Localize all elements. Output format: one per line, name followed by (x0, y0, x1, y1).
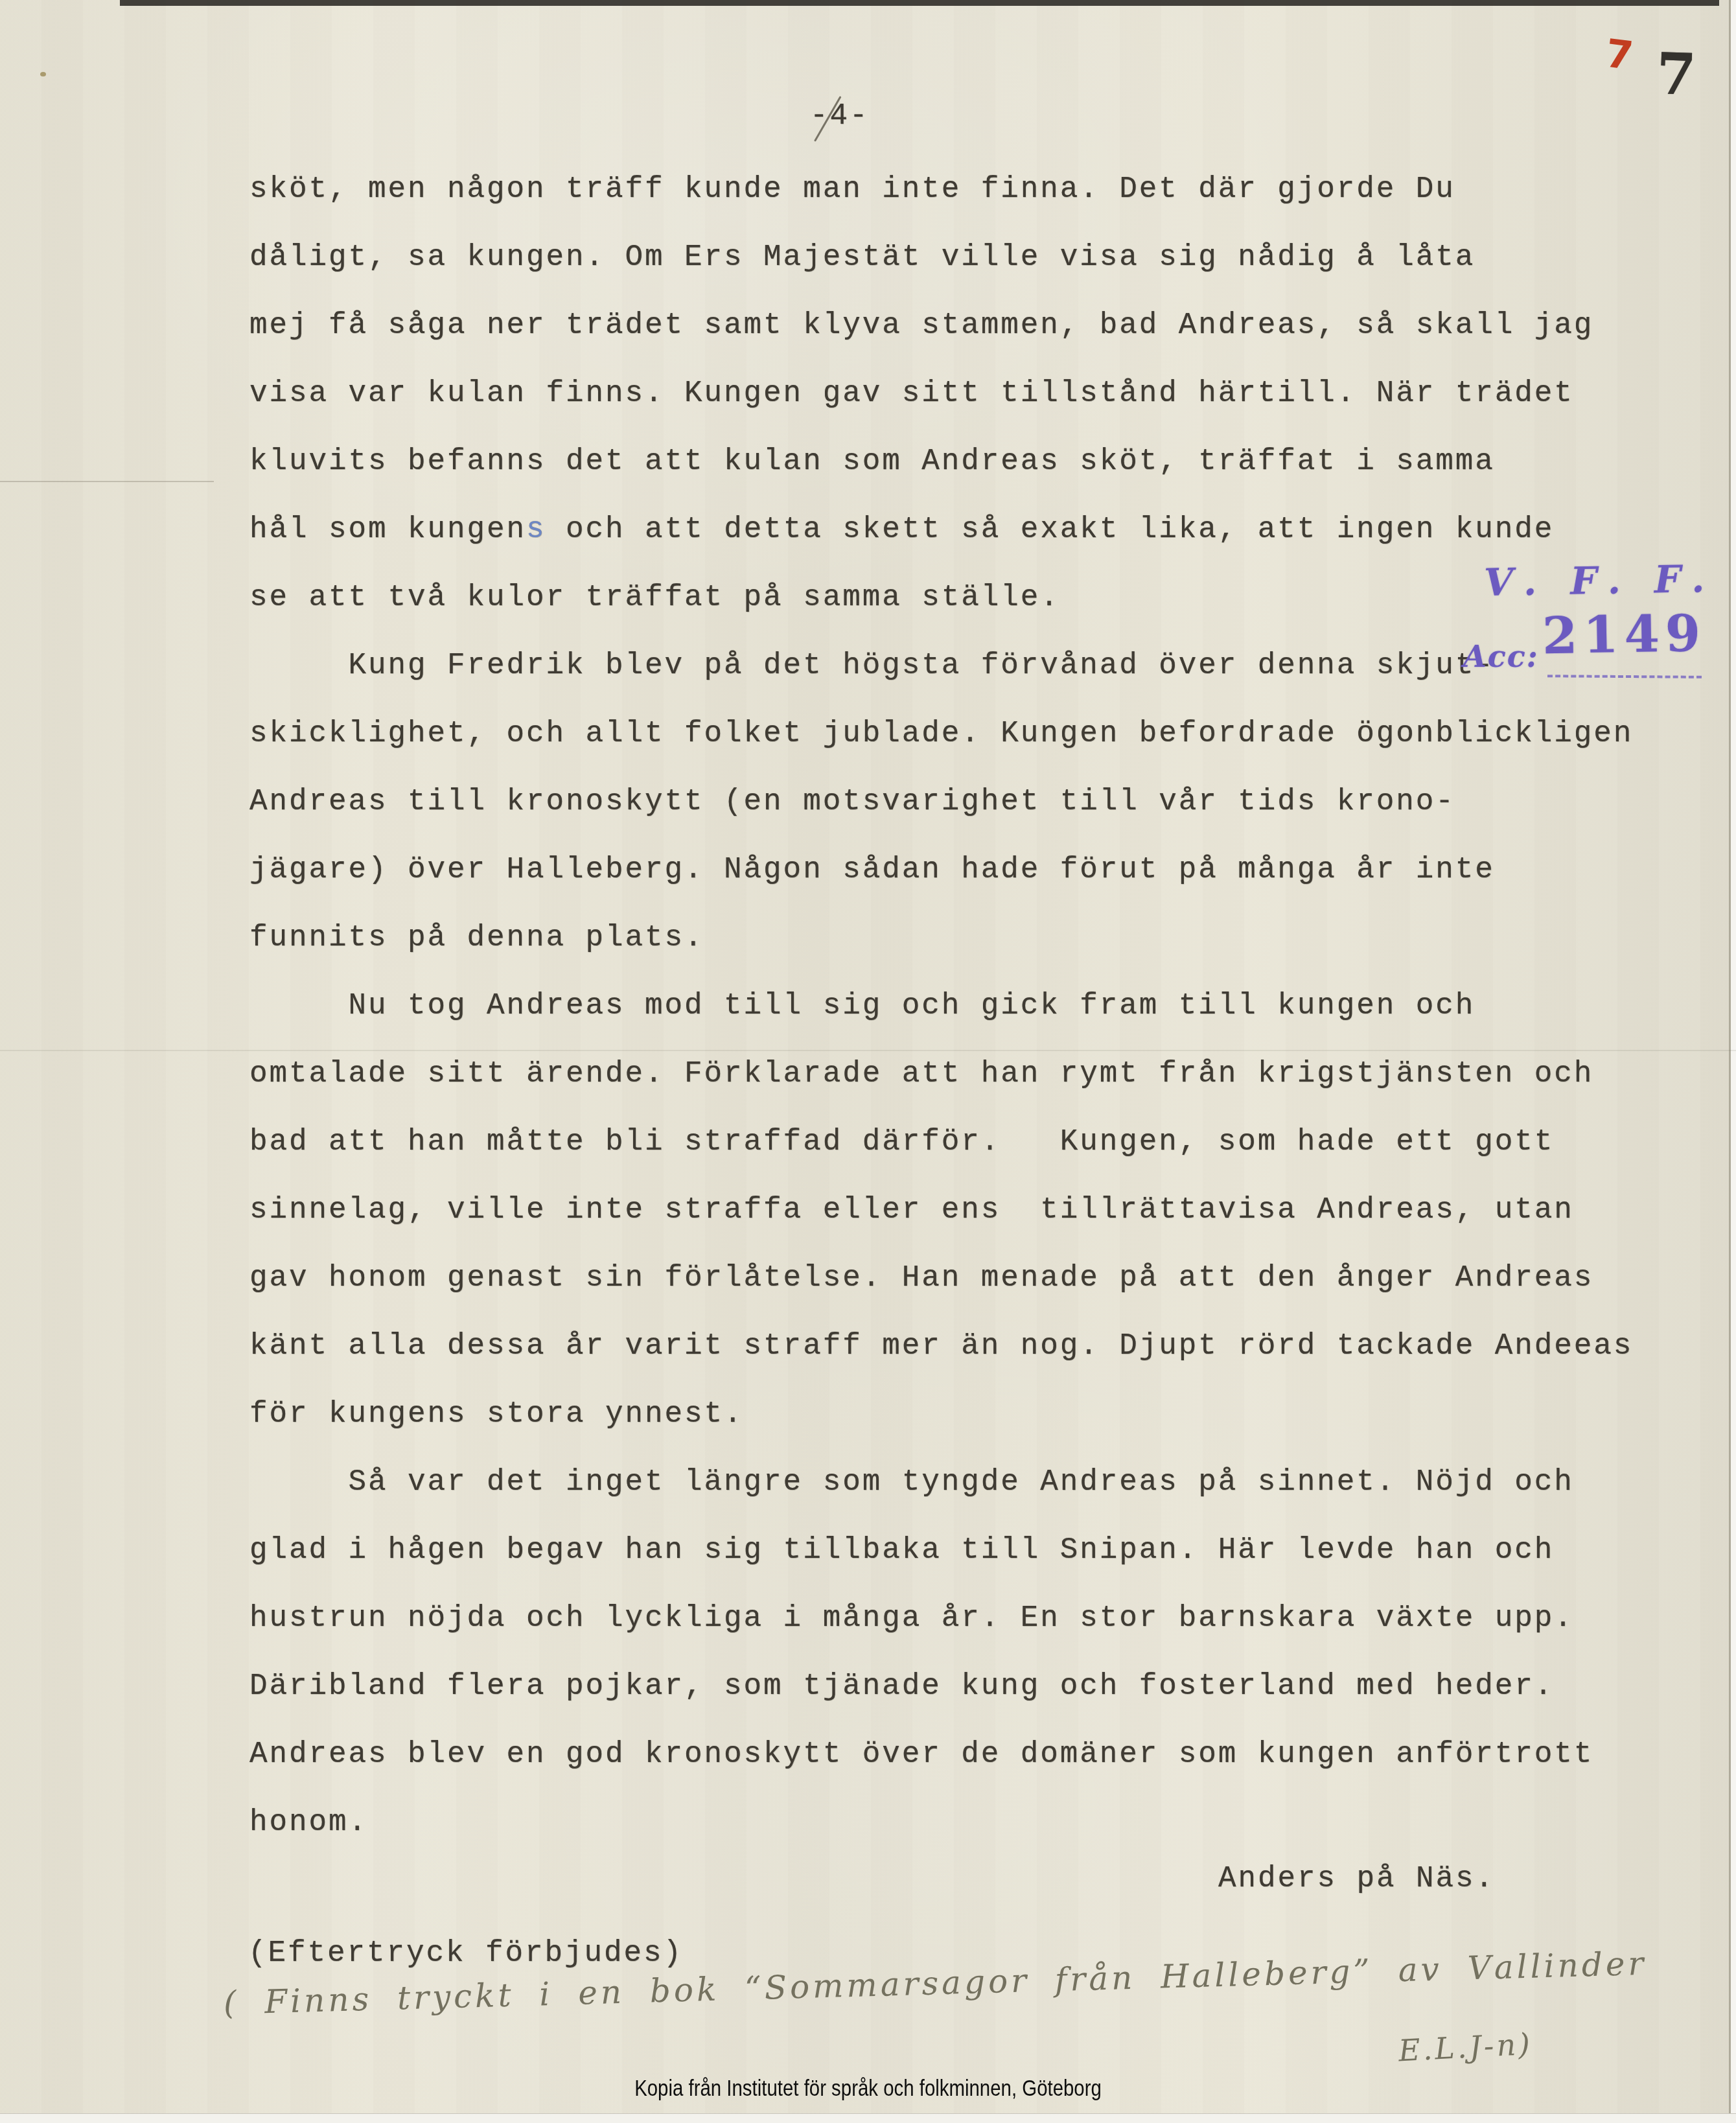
typed-line: Däribland flera pojkar, som tjänade kung… (249, 1653, 1633, 1721)
typed-segment: hål som kungen (249, 513, 526, 546)
typed-line: kluvits befanns det att kulan som Andrea… (249, 428, 1633, 496)
inserted-letter: s (526, 513, 546, 546)
typed-line: hål som kungens och att detta skett så e… (249, 496, 1633, 564)
typed-line: jägare) över Halleberg. Någon sådan hade… (249, 836, 1633, 904)
handwritten-page-number-black: 7 (1655, 40, 1697, 108)
typed-line: Nu tog Andreas mod till sig och gick fra… (249, 972, 1633, 1040)
archive-credit-footer: Kopia från Institutet för språk och folk… (139, 2076, 1597, 2102)
typed-line: sinnelag, ville inte straffa eller ens t… (249, 1176, 1633, 1244)
archive-stamp-vff: V. F. F. (1483, 557, 1715, 605)
handwritten-initials: E.L.J-n) (1398, 2026, 1533, 2069)
typed-line: Kung Fredrik blev på det högsta förvånad… (249, 632, 1633, 700)
typed-line: gav honom genast sin förlåtelse. Han men… (249, 1244, 1633, 1312)
handwritten-page-number-red: 7 (1603, 31, 1636, 80)
scan-right-edge (1731, 0, 1736, 2123)
typed-line: hustrun nöjda och lyckliga i många år. E… (249, 1584, 1633, 1653)
typed-line: för kungens stora ynnest. (249, 1380, 1633, 1448)
typed-line: dåligt, sa kungen. Om Ers Majestät ville… (249, 224, 1633, 292)
typed-line: känt alla dessa år varit straff mer än n… (249, 1312, 1633, 1380)
fold-crease-left (0, 481, 214, 482)
typed-line: omtalade sitt ärende. Förklarade att han… (249, 1040, 1633, 1108)
typed-line: skicklighet, och allt folket jublade. Ku… (249, 700, 1633, 768)
page-number: -4- (810, 101, 870, 131)
typed-line: funnits på denna plats. (249, 904, 1633, 972)
typed-line: glad i hågen begav han sig tillbaka till… (249, 1516, 1633, 1584)
typed-line: se att två kulor träffat på samma ställe… (249, 564, 1633, 632)
typed-line: Så var det inget längre som tyngde Andre… (249, 1448, 1633, 1516)
archive-stamp-acc-number: 2149 (1542, 604, 1707, 666)
scan-bottom-edge (0, 2113, 1736, 2123)
typed-line: mej få såga ner trädet samt klyva stamme… (249, 292, 1633, 360)
signature-line: Anders på Näs. (1218, 1845, 1495, 1913)
typed-line: Andreas till kronoskytt (en motsvarighet… (249, 768, 1633, 836)
typed-line: Andreas blev en god kronoskytt över de d… (249, 1721, 1633, 1789)
scan-top-edge (120, 0, 1719, 6)
scanned-document-page: 7 7 -4- sköt, men någon träff kunde man … (0, 0, 1736, 2123)
archive-stamp-acc-label: Acc: (1463, 639, 1539, 674)
typed-line: sköt, men någon träff kunde man inte fin… (249, 156, 1633, 224)
typed-line: bad att han måtte bli straffad därför. K… (249, 1108, 1633, 1176)
typed-line: visa var kulan finns. Kungen gav sitt ti… (249, 360, 1633, 428)
typed-text-block: sköt, men någon träff kunde man inte fin… (249, 156, 1633, 1857)
paper-speck (40, 72, 46, 76)
typed-segment: och att detta skett så exakt lika, att i… (546, 513, 1555, 546)
